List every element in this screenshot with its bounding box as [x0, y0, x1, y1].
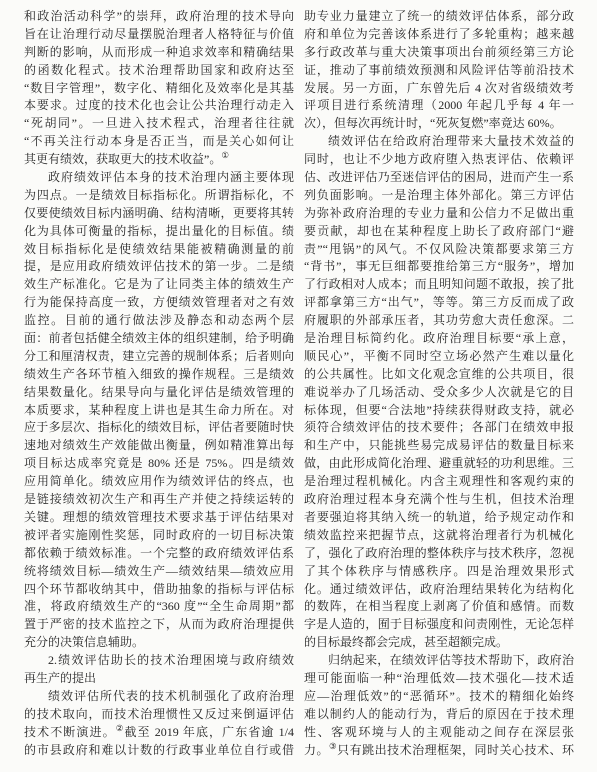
text-line: 和政治活动科学”的崇拜，政府治理的技术导向 [24, 8, 294, 26]
text-line: 字是人造的，囿于目标强度和问责刚性，无论怎样 [304, 616, 574, 634]
text-line: 难说举办了几场活动、受众多少人次就是它的目 [304, 384, 574, 402]
text-line: 的数阵，在相当程度上剥离了价值和感情。而数 [304, 598, 574, 616]
text-line: 是治理过程机械化。内含主观理性和客观约束的 [304, 473, 574, 491]
text-line: 判断的影响，从而形成一种追求效率和精确结果 [24, 44, 294, 62]
text-line: “数目字管理”，数字化、精细化及效率化是其基 [24, 80, 294, 98]
text-line: 应用简单化。绩效应用作为绩效评估的终点，也 [24, 473, 294, 491]
text-line: 旨在让治理行动尽量摆脱治理者人格特征与价值 [24, 26, 294, 44]
text-line: 府履职的外部承压者，其功劳愈大责任愈深。二 [304, 312, 574, 330]
text-line: 置于严密的技术监控之下，从而为政府治理提供 [24, 616, 294, 634]
text-line: 做，由此形成简化治理、避重就轻的功利思维。三 [304, 455, 574, 473]
text-line: 了，强化了政府治理的整体秩序与技术秩序，忽视 [304, 545, 574, 563]
text-line: 技术不断演进。②截至 2019 年底，广东省逾 1/4 [24, 724, 294, 742]
text-line: 行为能保持高度一致，方便绩效管理者对之有效 [24, 294, 294, 312]
text-line: “死胡同”。一旦进入技术程式，治理者往往就 [24, 115, 294, 133]
paragraph: 归纳起来，在绩效评估等技术帮助下，政府治理可能面临一种“治理低效—技术强化—技术… [304, 652, 574, 759]
text-line: 其更有绩效，获取更大的技术收益”。① [24, 151, 294, 169]
text-line: 理可能面临一种“治理低效—技术强化—技术适 [304, 670, 574, 688]
text-line: 同时，也让不少地方政府堕入热衷评估、依赖评 [304, 151, 574, 169]
text-line: 者要强迫将其纳入统一的轨道，给予规定动作和 [304, 509, 574, 527]
text-line: 多行政改革与重大决策事项出台前须经第三方论 [304, 44, 574, 62]
text-line: 应于多层次、指标化的绩效目标，评估者要随时快 [24, 419, 294, 437]
text-line: 项目标达成率究竟是 80% 还是 75%。四是绩效 [24, 455, 294, 473]
text-line: 了其个体秩序与情感秩序。四是治理效果形式 [304, 563, 574, 581]
text-line: 充分的决策信息辅助。 [24, 634, 294, 652]
text-line: 为弥补政府治理的专业力量和公信力不足做出重 [304, 205, 574, 223]
text-line: 本质要求，某种程度上讲也是其生命力所在。对 [24, 402, 294, 420]
paper-page: 和政治活动科学”的崇拜，政府治理的技术导向旨在让治理行动尽量摆脱治理者人格特征与… [0, 0, 597, 772]
text-line: 顺民心”，平衡不同时空立场必然产生难以量化 [304, 348, 574, 366]
text-line: 监控。目前的通行做法涉及静态和动态两个层 [24, 312, 294, 330]
section-heading: 2.绩效评估助长的技术治理困境与政府绩效再生产的提出 [24, 652, 294, 688]
text-line: 须符合绩效评估的技术要件；各部门在绩效申报 [304, 419, 574, 437]
text-line: 提，是应用政府绩效评估技术的第一步。二是绩 [24, 258, 294, 276]
text-line: 的技术取向，而技术治理惯性又反过来倒逼评估 [24, 706, 294, 724]
footnote-marker: ② [116, 724, 125, 733]
text-line: 标体现，但要“合法地”持续获得财政支持，就必 [304, 402, 574, 420]
text-line: 归纳起来，在绩效评估等技术帮助下，政府治 [304, 652, 574, 670]
text-line: 是链接绩效初次生产和再生产并使之持续运转的 [24, 491, 294, 509]
text-line: 力。③只有跳出技术治理框架，同时关心技术、环 [304, 742, 574, 760]
footnote-marker: ③ [329, 742, 337, 751]
text-line: 次），但每次再统计时，“死灰复燃”率竟达 60%。 [304, 115, 574, 133]
text-line: 的目标最终都会完成，甚至超额完成。 [304, 634, 574, 652]
text-line: 估、改进评估乃至迷信评估的困局，进而产生一系 [304, 169, 574, 187]
text-line: 绩效监控来把握节点，这就将治理者行为机械化 [304, 527, 574, 545]
text-line: 统将绩效目标—绩效生产—绩效结果—绩效应用 [24, 563, 294, 581]
footnote-marker: ① [221, 151, 229, 160]
text-line: 府和单位为完善该体系进行了多轮重构；越来越 [304, 26, 574, 44]
text-line: 面：前者包括健全绩效主体的组织建制，给予明确 [24, 330, 294, 348]
text-line: 速地对绩效生产效能做出衡量，例如精准算出每 [24, 437, 294, 455]
text-line: 性、客观环境与人的主观能动之间存在深层张 [304, 724, 574, 742]
text-line: 关键。理想的绩效管理技术要求基于评估结果对 [24, 509, 294, 527]
text-line: 应—治理低效”的“恶循环”。技术的精细化始终 [304, 688, 574, 706]
text-line: 是治理目标简约化。政府治理目标要“承上意， [304, 330, 574, 348]
text-line: “背书”，事无巨细都要推给第三方“服务”，增加 [304, 258, 574, 276]
text-column-left: 和政治活动科学”的崇拜，政府治理的技术导向旨在让治理行动尽量摆脱治理者人格特征与… [24, 8, 294, 772]
text-line: 被评者实施刚性奖惩，同时政府的一切目标决策 [24, 527, 294, 545]
text-line: 责”“甩锅”的风气。不仅风险决策都要求第三方 [304, 241, 574, 259]
text-line: 本要求。过度的技术化也会让公共治理行动走入 [24, 97, 294, 115]
text-line: 为四点。一是绩效目标指标化。所谓指标化，不 [24, 187, 294, 205]
text-line: 化。通过绩效评估，政府治理结果转化为结构化 [304, 581, 574, 599]
paragraph: 和政治活动科学”的崇拜，政府治理的技术导向旨在让治理行动尽量摆脱治理者人格特征与… [24, 8, 294, 169]
text-line: 证，推动了事前绩效预测和风险评估等前沿技术 [304, 62, 574, 80]
text-line: 要贡献，却也在某种程度上助长了政府部门“避 [304, 223, 574, 241]
text-line: 的函数化程式。技术治理帮助国家和政府达至 [24, 62, 294, 80]
text-line: 再生产的提出 [24, 670, 294, 688]
text-line: 准，将政府绩效生产的“360 度”“全生命周期”都 [24, 598, 294, 616]
text-line: 绩效评估在给政府治理带来大量技术效益的 [304, 133, 574, 151]
text-line: 绩效评估所代表的技术机制强化了政府治理 [24, 688, 294, 706]
paragraph: 绩效评估在给政府治理带来大量技术效益的同时，也让不少地方政府堕入热衷评估、依赖评… [304, 133, 574, 652]
text-line: 的公共属性。比如文化观念宣维的公共项目，很 [304, 366, 574, 384]
text-column-right: 助专业力量建立了统一的绩效评估体系，部分政府和单位为完善该体系进行了多轮重构；越… [304, 8, 574, 772]
text-line: 了行政相对人成本；而且明知问题不敢报，挨了批 [304, 276, 574, 294]
text-line: 效目标指标化是使绩效结果能被精确测量的前 [24, 241, 294, 259]
text-line: 和生产中，只能挑些易完成易评估的数量目标来 [304, 437, 574, 455]
paragraph: 绩效评估所代表的技术机制强化了政府治理的技术取向，而技术治理惯性又反过来倒逼评估… [24, 688, 294, 760]
text-line: 都依赖于绩效标准。一个完整的政府绩效评估系 [24, 545, 294, 563]
text-line: 列负面影响。一是治理主体外部化。第三方评估 [304, 187, 574, 205]
text-line: 分工和厘清权责，建立完善的规制体系；后者则向 [24, 348, 294, 366]
text-line: 四个环节都收纳其中，借助抽象的指标与评估标 [24, 581, 294, 599]
text-line: 化为具体可衡量的指标，提出量化的目标值。绩 [24, 223, 294, 241]
text-line: 评项目进行系统清理（2000 年起几乎每 4 年一 [304, 97, 574, 115]
text-line: 的市县政府和难以计数的行政事业单位自行或借 [24, 742, 294, 760]
text-line: 政府绩效评估本身的技术治理内涵主要体现 [24, 169, 294, 187]
text-line: 效生产标准化。它是为了让同类主体的绩效生产 [24, 276, 294, 294]
text-line: 发展。另一方面，广东曾先后 4 次对省级绩效考 [304, 80, 574, 98]
text-line: 仅要使绩效目标内涵明确、结构清晰，更要将其转 [24, 205, 294, 223]
paragraph: 政府绩效评估本身的技术治理内涵主要体现为四点。一是绩效目标指标化。所谓指标化，不… [24, 169, 294, 652]
text-line: 绩效生产各环节植入细致的操作规程。三是绩效 [24, 366, 294, 384]
paragraph: 助专业力量建立了统一的绩效评估体系，部分政府和单位为完善该体系进行了多轮重构；越… [304, 8, 574, 133]
text-line: 结果数量化。结果导向与量化评估是绩效管理的 [24, 384, 294, 402]
text-line: 难以制约人的能动行为，背后的原因在于技术理 [304, 706, 574, 724]
text-line: 助专业力量建立了统一的绩效评估体系，部分政 [304, 8, 574, 26]
text-line: “不再关注行动本身是否正当，而是关心如何让 [24, 133, 294, 151]
text-line: 2.绩效评估助长的技术治理困境与政府绩效 [24, 652, 294, 670]
text-line: 评都拿第三方“出气”，等等。第三方反而成了政 [304, 294, 574, 312]
text-line: 政府治理过程本身充满个性与生机，但技术治理 [304, 491, 574, 509]
